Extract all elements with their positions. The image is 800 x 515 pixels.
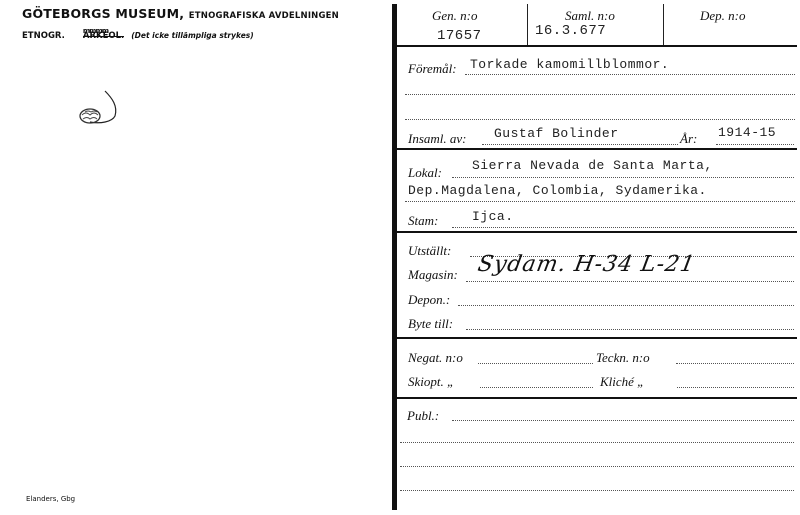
dotted-line bbox=[400, 490, 794, 491]
header-rule bbox=[397, 45, 797, 47]
section-rule bbox=[397, 231, 797, 233]
depon-label: Depon.: bbox=[408, 292, 450, 308]
dotted-line bbox=[405, 94, 795, 95]
publ-label: Publ.: bbox=[407, 408, 439, 424]
magasin-value-handwritten: Sydam. H-34 L-21 bbox=[476, 252, 698, 277]
gen-number-value: 17657 bbox=[437, 28, 482, 44]
saml-number-label: Saml. n:o bbox=[565, 8, 615, 24]
foremal-label: Föremål: bbox=[408, 61, 457, 77]
column-divider bbox=[527, 4, 528, 45]
department-name: ETNOGRAFISKA AVDELNINGEN bbox=[189, 11, 339, 21]
teckn-label: Teckn. n:o bbox=[596, 350, 650, 366]
dotted-line bbox=[405, 119, 795, 120]
dotted-line bbox=[480, 387, 593, 388]
lokal-value-line1: Sierra Nevada de Santa Marta, bbox=[472, 158, 713, 173]
dotted-line bbox=[478, 363, 593, 364]
dotted-line bbox=[465, 74, 795, 75]
saml-number-value: 16.3.677 bbox=[535, 23, 606, 39]
column-divider bbox=[663, 4, 664, 45]
category-line: ETNOGR. ARKEOL. (Det icke tillämpliga st… bbox=[22, 25, 254, 43]
negat-label: Negat. n:o bbox=[408, 350, 463, 366]
dotted-line bbox=[676, 363, 794, 364]
insaml-value: Gustaf Bolinder bbox=[494, 126, 619, 141]
dotted-line bbox=[405, 201, 795, 202]
printer-imprint: Elanders, Gbg bbox=[26, 495, 75, 503]
utstallt-label: Utställt: bbox=[408, 243, 451, 259]
skiopt-label: Skiopt. „ bbox=[408, 374, 454, 390]
year-value: 1914-15 bbox=[718, 125, 776, 140]
lokal-value-line2: Dep.Magdalena, Colombia, Sydamerika. bbox=[408, 183, 707, 198]
dotted-line bbox=[716, 144, 794, 145]
dotted-line bbox=[452, 177, 794, 178]
strike-note: (Det icke tillämpliga strykes) bbox=[131, 31, 253, 40]
magasin-label: Magasin: bbox=[408, 267, 458, 283]
dried-chamomile-sketch-icon bbox=[70, 88, 130, 133]
section-rule bbox=[397, 337, 797, 339]
byte-till-label: Byte till: bbox=[408, 316, 453, 332]
dotted-line bbox=[452, 420, 794, 421]
year-label: År: bbox=[680, 131, 697, 147]
dotted-line bbox=[400, 442, 794, 443]
section-rule bbox=[397, 148, 797, 150]
dep-number-label: Dep. n:o bbox=[700, 8, 746, 24]
card-left-border bbox=[392, 4, 397, 510]
foremal-value: Torkade kamomillblommor. bbox=[470, 57, 669, 72]
section-rule bbox=[397, 397, 797, 399]
category-arkeol-struck: ARKEOL. bbox=[83, 31, 124, 41]
kliche-label: Kliché „ bbox=[600, 374, 644, 390]
dotted-line bbox=[466, 329, 794, 330]
museum-name: GÖTEBORGS MUSEUM, ETNOGRAFISKA AVDELNING… bbox=[22, 6, 339, 21]
insaml-label: Insaml. av: bbox=[408, 131, 467, 147]
dotted-line bbox=[458, 305, 794, 306]
stam-label: Stam: bbox=[408, 213, 438, 229]
stam-value: Ijca. bbox=[472, 209, 514, 224]
dotted-line bbox=[482, 144, 678, 145]
category-etnogr: ETNOGR. bbox=[22, 31, 65, 41]
dotted-line bbox=[400, 466, 794, 467]
museum-name-text: GÖTEBORGS MUSEUM, bbox=[22, 6, 184, 21]
dotted-line bbox=[466, 281, 794, 282]
dotted-line bbox=[452, 227, 794, 228]
lokal-label: Lokal: bbox=[408, 165, 442, 181]
gen-number-label: Gen. n:o bbox=[432, 8, 478, 24]
dotted-line bbox=[677, 387, 794, 388]
